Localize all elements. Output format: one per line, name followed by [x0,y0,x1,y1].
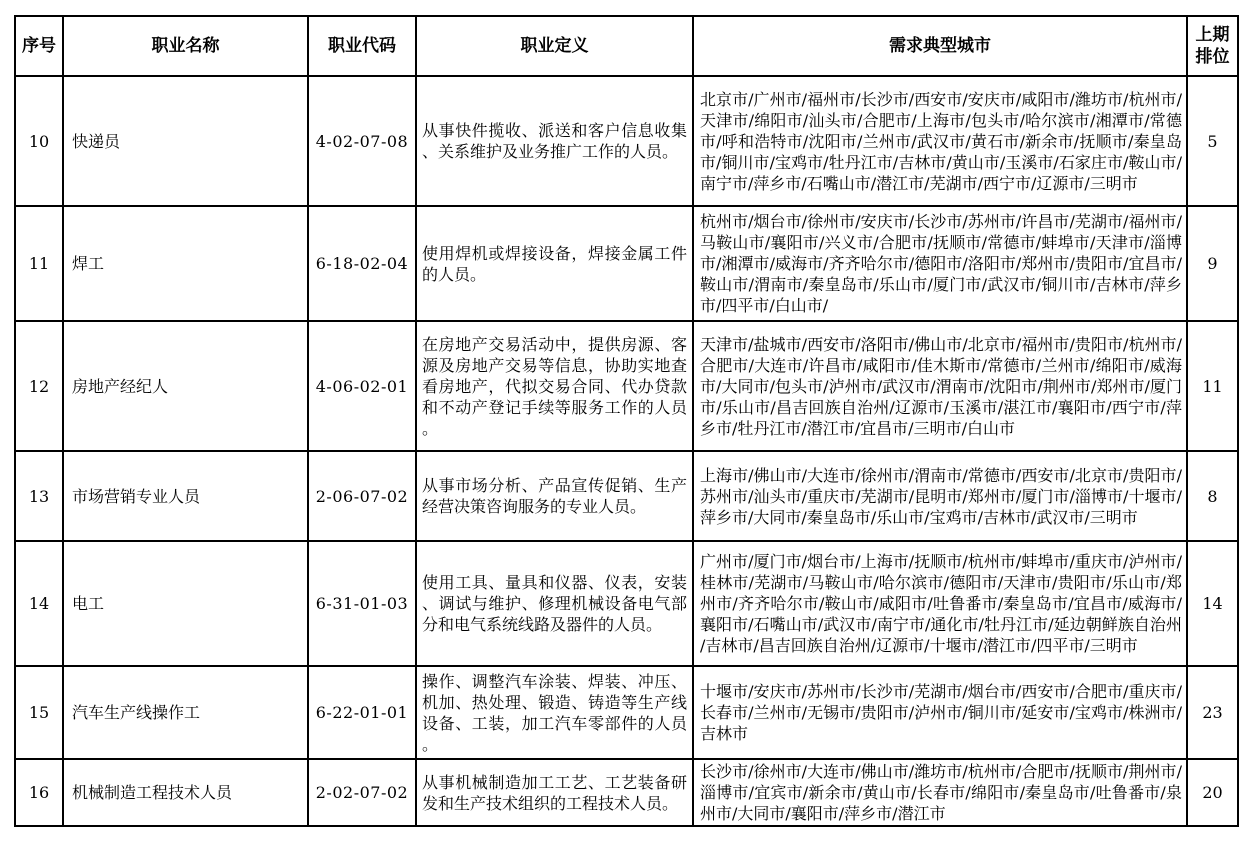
occupation-code-cell: 6-31-01-03 [308,541,416,666]
occupation-code-cell: 6-18-02-04 [308,206,416,321]
table-row: 12 房地产经纪人 4-06-02-01 在房地产交易活动中，提供房源、客源及房… [15,321,1238,451]
demand-cities-cell: 杭州市/烟台市/徐州市/安庆市/长沙市/苏州市/许昌市/芜湖市/福州市/马鞍山市… [693,206,1187,321]
previous-rank-cell: 8 [1187,451,1238,541]
previous-rank-cell: 5 [1187,76,1238,206]
occupation-name-cell: 机械制造工程技术人员 [63,759,308,826]
occupation-code-cell: 2-02-07-02 [308,759,416,826]
serial-number-cell: 13 [15,451,63,541]
occupation-definition-cell: 操作、调整汽车涂装、焊装、冲压、机加、热处理、锻造、铸造等生产线设备、工装，加工… [416,666,693,759]
occupation-definition-cell: 从事机械制造加工工艺、工艺装备研发和生产技术组织的工程技术人员。 [416,759,693,826]
table-row: 10 快递员 4-02-07-08 从事快件揽收、派送和客户信息收集、关系维护及… [15,76,1238,206]
header-previous-rank: 上期排位 [1187,16,1238,76]
occupation-definition-cell: 从事快件揽收、派送和客户信息收集、关系维护及业务推广工作的人员。 [416,76,693,206]
serial-number-cell: 14 [15,541,63,666]
occupation-name-cell: 电工 [63,541,308,666]
occupation-name-cell: 汽车生产线操作工 [63,666,308,759]
occupation-code-cell: 4-02-07-08 [308,76,416,206]
serial-number-cell: 15 [15,666,63,759]
occupation-definition-cell: 使用焊机或焊接设备，焊接金属工件的人员。 [416,206,693,321]
table-row: 16 机械制造工程技术人员 2-02-07-02 从事机械制造加工工艺、工艺装备… [15,759,1238,826]
occupation-name-cell: 市场营销专业人员 [63,451,308,541]
occupation-ranking-table: 序号 职业名称 职业代码 职业定义 需求典型城市 上期排位 10 快递员 4-0… [14,15,1239,827]
page: { "table": { "headers": { "no": "序号", "n… [0,0,1251,841]
table-row: 11 焊工 6-18-02-04 使用焊机或焊接设备，焊接金属工件的人员。 杭州… [15,206,1238,321]
occupation-code-cell: 2-06-07-02 [308,451,416,541]
previous-rank-cell: 9 [1187,206,1238,321]
occupation-definition-cell: 从事市场分析、产品宣传促销、生产经营决策咨询服务的专业人员。 [416,451,693,541]
table-row: 13 市场营销专业人员 2-06-07-02 从事市场分析、产品宣传促销、生产经… [15,451,1238,541]
occupation-code-cell: 4-06-02-01 [308,321,416,451]
demand-cities-cell: 广州市/厦门市/烟台市/上海市/抚顺市/杭州市/蚌埠市/重庆市/泸州市/桂林市/… [693,541,1187,666]
demand-cities-cell: 天津市/盐城市/西安市/洛阳市/佛山市/北京市/福州市/贵阳市/杭州市/合肥市/… [693,321,1187,451]
header-occupation-code: 职业代码 [308,16,416,76]
header-occupation-definition: 职业定义 [416,16,693,76]
previous-rank-cell: 23 [1187,666,1238,759]
header-typical-demand-cities: 需求典型城市 [693,16,1187,76]
demand-cities-cell: 北京市/广州市/福州市/长沙市/西安市/安庆市/咸阳市/潍坊市/杭州市/天津市/… [693,76,1187,206]
occupation-name-cell: 快递员 [63,76,308,206]
previous-rank-cell: 11 [1187,321,1238,451]
header-serial-number: 序号 [15,16,63,76]
demand-cities-cell: 十堰市/安庆市/苏州市/长沙市/芜湖市/烟台市/西安市/合肥市/重庆市/长春市/… [693,666,1187,759]
previous-rank-cell: 14 [1187,541,1238,666]
occupation-name-cell: 焊工 [63,206,308,321]
serial-number-cell: 10 [15,76,63,206]
occupation-definition-cell: 在房地产交易活动中，提供房源、客源及房地产交易等信息，协助实地查看房地产，代拟交… [416,321,693,451]
table-header-row: 序号 职业名称 职业代码 职业定义 需求典型城市 上期排位 [15,16,1238,76]
table-row: 14 电工 6-31-01-03 使用工具、量具和仪器、仪表，安装、调试与维护、… [15,541,1238,666]
serial-number-cell: 11 [15,206,63,321]
previous-rank-cell: 20 [1187,759,1238,826]
occupation-code-cell: 6-22-01-01 [308,666,416,759]
occupation-name-cell: 房地产经纪人 [63,321,308,451]
serial-number-cell: 12 [15,321,63,451]
occupation-definition-cell: 使用工具、量具和仪器、仪表，安装、调试与维护、修理机械设备电气部分和电气系统线路… [416,541,693,666]
demand-cities-cell: 上海市/佛山市/大连市/徐州市/渭南市/常德市/西安市/北京市/贵阳市/苏州市/… [693,451,1187,541]
table-row: 15 汽车生产线操作工 6-22-01-01 操作、调整汽车涂装、焊装、冲压、机… [15,666,1238,759]
header-occupation-name: 职业名称 [63,16,308,76]
demand-cities-cell: 长沙市/徐州市/大连市/佛山市/潍坊市/杭州市/合肥市/抚顺市/荆州市/淄博市/… [693,759,1187,826]
serial-number-cell: 16 [15,759,63,826]
